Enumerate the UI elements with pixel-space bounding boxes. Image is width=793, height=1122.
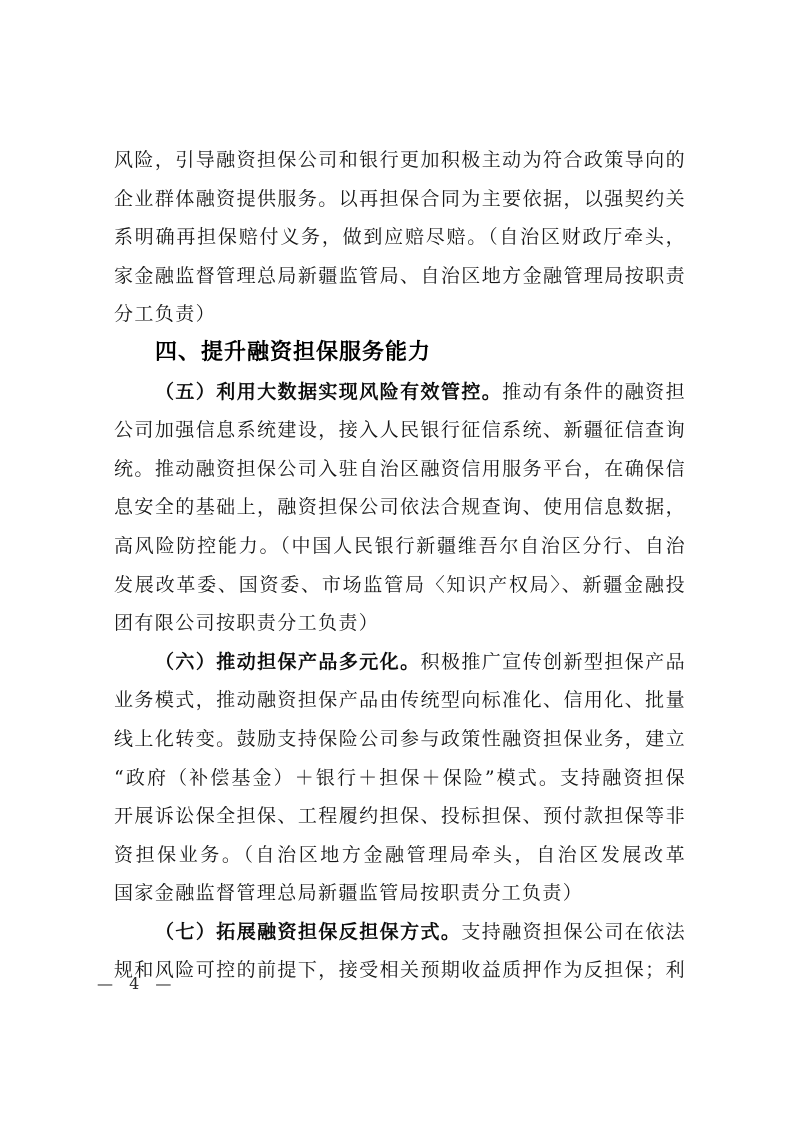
text-line: 团有限公司按职责分工负责）: [114, 604, 686, 643]
line-text: 线上化转变。鼓励支持保险公司参与政策性融资担保业务，建立: [114, 728, 686, 750]
text-line: （五）利用大数据实现风险有效管控。推动有条件的融资担保: [114, 373, 686, 412]
text-line: 分工负责）: [114, 295, 686, 334]
text-line: 资担保业务。（自治区地方金融管理局牵头，自治区发展改革委、: [114, 836, 686, 875]
line-text: 息安全的基础上，融资担保公司依法合规查询、使用信息数据，提: [114, 496, 686, 527]
line-text: 开展诉讼保全担保、工程履约担保、投标担保、预付款担保等非融: [114, 805, 686, 836]
section-heading: 四、提升融资担保服务能力: [114, 334, 686, 373]
text-line: （六）推动担保产品多元化。积极推广宣传创新型担保产品和: [114, 643, 686, 682]
line-text: 资担保业务。（自治区地方金融管理局牵头，自治区发展改革委、: [114, 844, 686, 875]
text-line: （七）拓展融资担保反担保方式。支持融资担保公司在依法依: [114, 913, 686, 952]
line-text: “政府（补偿基金）＋银行＋担保＋保险”模式。支持融资担保公司: [114, 767, 686, 798]
text-line: 风险，引导融资担保公司和银行更加积极主动为符合政策导向的: [114, 141, 686, 180]
text-line: 业务模式，推动融资担保产品由传统型向标准化、信用化、批量化、: [114, 681, 686, 720]
line-text: 高风险防控能力。（中国人民银行新疆维吾尔自治区分行、自治区: [114, 535, 686, 566]
line-text: 系明确再担保赔付义务，做到应赔尽赔。（自治区财政厅牵头，国: [114, 226, 686, 257]
text-line: 规和风险可控的前提下，接受相关预期收益质押作为反担保；利用: [114, 951, 686, 990]
document-body: 风险，引导融资担保公司和银行更加积极主动为符合政策导向的 企业群体融资提供服务。…: [114, 141, 686, 990]
line-text: 国家金融监督管理总局新疆监管局按职责分工负责）: [114, 882, 583, 904]
line-text: 企业群体融资提供服务。以再担保合同为主要依据，以强契约关: [114, 188, 686, 210]
clause-title: （七）拓展融资担保反担保方式。: [155, 921, 461, 943]
line-text: 家金融监督管理总局新疆监管局、自治区地方金融管理局按职责: [114, 265, 686, 287]
text-line: “政府（补偿基金）＋银行＋担保＋保险”模式。支持融资担保公司: [114, 759, 686, 798]
document-page: 风险，引导融资担保公司和银行更加积极主动为符合政策导向的 企业群体融资提供服务。…: [0, 0, 793, 1122]
line-text: 公司加强信息系统建设，接入人民银行征信系统、新疆征信查询系: [114, 419, 686, 450]
text-line: 系明确再担保赔付义务，做到应赔尽赔。（自治区财政厅牵头，国: [114, 218, 686, 257]
line-text: 团有限公司按职责分工负责）: [114, 612, 379, 634]
text-line: 企业群体融资提供服务。以再担保合同为主要依据，以强契约关: [114, 180, 686, 219]
page-number: — 4 —: [97, 974, 173, 994]
text-line: 开展诉讼保全担保、工程履约担保、投标担保、预付款担保等非融: [114, 797, 686, 836]
text-line: 公司加强信息系统建设，接入人民银行征信系统、新疆征信查询系: [114, 411, 686, 450]
text-line: 国家金融监督管理总局新疆监管局按职责分工负责）: [114, 874, 686, 913]
clause-title: （六）推动担保产品多元化。: [155, 651, 421, 673]
text-line: 发展改革委、国资委、市场监管局〈知识产权局〉、新疆金融投资集: [114, 566, 686, 605]
line-text: 分工负责）: [114, 303, 216, 325]
section-heading-text: 四、提升融资担保服务能力: [155, 340, 431, 365]
line-text: 发展改革委、国资委、市场监管局〈知识产权局〉、新疆金融投资集: [114, 574, 686, 605]
line-text: 统。推动融资担保公司入驻自治区融资信用服务平台，在确保信: [114, 458, 686, 480]
text-line: 高风险防控能力。（中国人民银行新疆维吾尔自治区分行、自治区: [114, 527, 686, 566]
line-text: 风险，引导融资担保公司和银行更加积极主动为符合政策导向的: [114, 149, 686, 171]
text-line: 统。推动融资担保公司入驻自治区融资信用服务平台，在确保信: [114, 450, 686, 489]
line-text: 规和风险可控的前提下，接受相关预期收益质押作为反担保；利用: [114, 959, 686, 990]
line-text: 业务模式，推动融资担保产品由传统型向标准化、信用化、批量化、: [114, 689, 686, 720]
text-line: 家金融监督管理总局新疆监管局、自治区地方金融管理局按职责: [114, 257, 686, 296]
clause-title: （五）利用大数据实现风险有效管控。: [155, 381, 502, 403]
text-line: 线上化转变。鼓励支持保险公司参与政策性融资担保业务，建立: [114, 720, 686, 759]
text-line: 息安全的基础上，融资担保公司依法合规查询、使用信息数据，提: [114, 488, 686, 527]
